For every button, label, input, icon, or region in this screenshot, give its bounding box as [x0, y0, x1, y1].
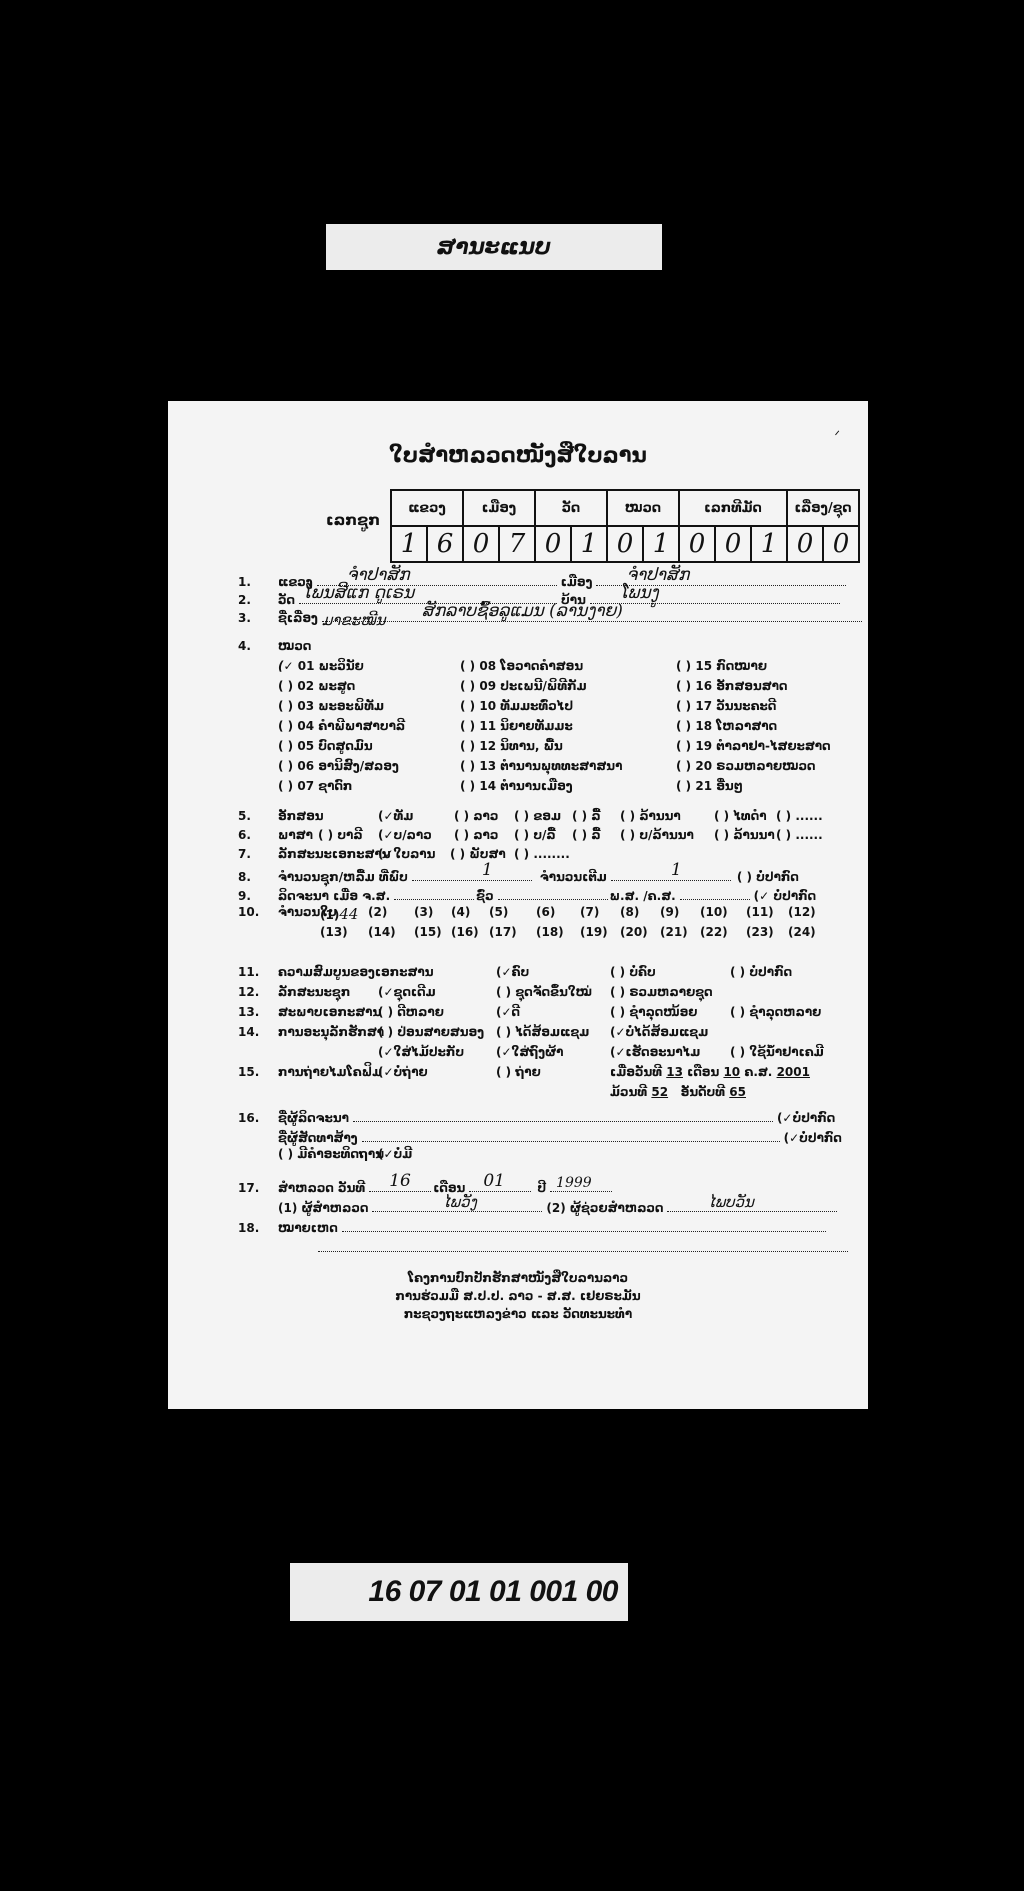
field-survey-date: 17. ສຳຫລວດ ວັນທີ 16 ເດືອນ 01 ປີ 1999: [238, 1177, 612, 1195]
field-completeness: 11.ຄວາມສົມບູນຂອງເອກະສານ: [238, 965, 433, 979]
category-02[interactable]: ( ) 02 ພະສູດ: [278, 679, 355, 693]
script-lue[interactable]: ( ) ລື້: [572, 809, 601, 823]
script-tham[interactable]: (✓ທັມ: [378, 809, 413, 823]
complete-unknown[interactable]: ( ) ບໍ່ປາກົດ: [730, 965, 792, 979]
category-19[interactable]: ( ) 19 ຕຳລາຢາ-ໄສຍະສາດ: [676, 739, 831, 753]
lang-pali-lanna[interactable]: ( ) ບ/ລ້ານນາ: [620, 828, 694, 842]
sponsor-not-shown[interactable]: (✓ບໍ່ປາກົດ: [784, 1131, 842, 1145]
field-composer: 16. ຊື່ຜູ້ລິດຈະນາ (✓ບໍ່ປາກົດ: [238, 1107, 835, 1125]
date-not-shown[interactable]: (✓ ບໍ່ປາກົດ: [754, 889, 816, 903]
doctype-other[interactable]: ( ) ........: [514, 847, 570, 861]
doctype-folded[interactable]: ( ) ພັບສາ: [450, 847, 506, 861]
script-khom[interactable]: ( ) ຂອມ: [514, 809, 561, 823]
field-condition: 13.ສະພາບເອກະສານ: [238, 1005, 381, 1019]
leaf-count-9[interactable]: (9): [660, 905, 679, 919]
category-03[interactable]: ( ) 03 ພະອະພິທັມ: [278, 699, 384, 713]
bundle-original[interactable]: (✓ຊຸດເດີມ: [378, 985, 436, 999]
leaf-count-18[interactable]: (18): [536, 925, 564, 939]
microfilm-no[interactable]: (✓ບໍ່ຖ່າຍ: [378, 1065, 428, 1079]
code-digit: 0: [823, 526, 859, 562]
has-prayer[interactable]: ( ) ມີຄຳອະທິດຖານ: [278, 1147, 384, 1161]
leaf-count-11[interactable]: (11): [746, 905, 774, 919]
leaf-count-23[interactable]: (23): [746, 925, 774, 939]
form-title: ໃບສຳຫລວດໜັງສືໃບລານ: [168, 443, 868, 467]
code-digit-row: 1 6 0 7 0 1 0 1 0 0 1 0 0: [391, 526, 859, 562]
bundle-combined[interactable]: ( ) ຣວມຫລາຍຊຸດ: [610, 985, 713, 999]
field-language: 6.ພາສາ: [238, 828, 313, 842]
code-header-category: ໝວດ: [607, 490, 679, 526]
leaf-count-3[interactable]: (3): [414, 905, 433, 919]
leaf-count-4[interactable]: (4): [451, 905, 470, 919]
code-digit: 1: [391, 526, 427, 562]
leaf-count-1[interactable]: (1)44: [320, 905, 358, 923]
category-01[interactable]: (✓ 01 ພະວິນັຍ: [278, 659, 364, 673]
leaf-count-6[interactable]: (6): [536, 905, 555, 919]
category-04[interactable]: ( ) 04 ຄຳພີພາສາບາລີ: [278, 719, 405, 733]
category-15[interactable]: ( ) 15 ກົດໝາຍ: [676, 659, 767, 673]
preserve-cloth-bag[interactable]: (✓ໃສ່ຖົງຜ້າ: [496, 1045, 563, 1059]
leaf-count-19[interactable]: (19): [580, 925, 608, 939]
preserve-repaired[interactable]: ( ) ໄດ້ສ້ອມແຊມ: [496, 1025, 589, 1039]
preserve-cleaned[interactable]: (✓ເຮັດອະນາໄມ: [610, 1045, 700, 1059]
title-value: ມາຂະໝີນ ສັກລາບຊົ້ອລູແມນ (ລານງາຍ): [322, 607, 862, 622]
code-header-province: ແຂວງ: [391, 490, 463, 526]
top-label-text: ສານະແນບ: [437, 235, 551, 260]
no-prayer[interactable]: (✓ບໍ່ມີ: [378, 1147, 412, 1161]
code-digit: 1: [643, 526, 679, 562]
preserve-not-repaired[interactable]: (✓ບໍ່ໄດ້ສ້ອມແຊມ: [610, 1025, 708, 1039]
preserve-wood-covers[interactable]: (✓ໃສ່ໄມ້ປະກັບ: [378, 1045, 464, 1059]
bottom-code-text: 16 07 01 01 001 00: [368, 1575, 618, 1609]
field-surveyors: (1) ຜູ້ສຳຫລວດ ໄພວັງ (2) ຜູ້ຊ່ວຍສຳຫລວດ ໄພ…: [238, 1197, 837, 1215]
condition-slightly-damaged[interactable]: ( ) ຊຳລຸດໜ້ອຍ: [610, 1005, 697, 1019]
field-script: 5.ອັກສອນ: [238, 809, 378, 823]
code-digit: 0: [535, 526, 571, 562]
field-category: 4. ໝວດ: [238, 639, 311, 653]
code-digit: 7: [499, 526, 535, 562]
leaf-count-13[interactable]: (13): [320, 925, 348, 939]
category-20[interactable]: ( ) 20 ຣວມຫລາຍໝວດ: [676, 759, 815, 773]
lang-lanna[interactable]: ( ) ລ້ານນາ: [714, 828, 775, 842]
category-12[interactable]: ( ) 12 ນິທານ, ພື້ນ: [460, 739, 563, 753]
category-07[interactable]: ( ) 07 ຊາດົກ: [278, 779, 352, 793]
added-count-value: 1: [611, 866, 731, 881]
script-lanna[interactable]: ( ) ລ້ານນາ: [620, 809, 681, 823]
script-thaidam[interactable]: ( ) ໄທດຳ: [714, 809, 767, 823]
bundle-new[interactable]: ( ) ຊຸດຈັດຂຶ້ນໃໝ່: [496, 985, 592, 999]
category-21[interactable]: ( ) 21 ອື່ນໆ: [676, 779, 743, 793]
leaf-count-5[interactable]: (5): [489, 905, 508, 919]
bottom-code-strip: 16 07 01 01 001 00: [290, 1563, 628, 1621]
lang-lue[interactable]: ( ) ລື້: [572, 828, 601, 842]
category-11[interactable]: ( ) 11 ນິຍາຍທັມມະ: [460, 719, 573, 733]
complete-yes[interactable]: (✓ຄົບ: [496, 965, 529, 979]
survey-form-page: ᐟ ໃບສຳຫລວດໜັງສືໃບລານ ເລກຊູກ ແຂວງ ເມືອງ ວ…: [168, 401, 868, 1409]
category-14[interactable]: ( ) 14 ຕຳນານເມືອງ: [460, 779, 573, 793]
preserve-cord[interactable]: ( ) ປ່ອນສາຍສນອງ: [378, 1025, 484, 1039]
field-bundle-count: 8. ຈຳນວນຊຸກ/ຫລື້ມ ທີ່ພົບ 1 ຈຳນວນເຕີມ 1 (…: [238, 866, 799, 884]
category-05[interactable]: ( ) 05 ບົດສູດມົນ: [278, 739, 373, 753]
bundle-count-value: 1: [412, 866, 532, 881]
leaf-count-20[interactable]: (20): [620, 925, 648, 939]
code-table: ແຂວງ ເມືອງ ວັດ ໝວດ ເລກທີມັດ ເລື່ອງ/ຊຸດ 1…: [390, 489, 860, 563]
microfilm-roll: ມ້ວນທີ 52 ອັນດັບທີ 65: [610, 1085, 746, 1099]
field-doc-type: 7.ລັກສະນະເອກະສານ: [238, 847, 391, 861]
lang-other[interactable]: ( ) ......: [776, 828, 823, 842]
remarks-line-2: [238, 1237, 848, 1252]
leaf-count-2[interactable]: (2): [368, 905, 387, 919]
bundle-not-shown[interactable]: ( ) ບໍ່ປາກົດ: [737, 870, 799, 884]
category-13[interactable]: ( ) 13 ຕຳນານພຸທທະສາສນາ: [460, 759, 622, 773]
field-microfilm: 15.ການຖ່າຍໄມໂຄຟິມ: [238, 1065, 382, 1079]
category-17[interactable]: ( ) 17 ວັນນະຄະດີ: [676, 699, 776, 713]
leaf-count-15[interactable]: (15): [414, 925, 442, 939]
lang-pali-lao[interactable]: (✓ບ/ລາວ: [378, 828, 432, 842]
doctype-palm-leaf[interactable]: (✓ໃບລານ: [378, 847, 435, 861]
leaf-count-14[interactable]: (14): [368, 925, 396, 939]
condition-good[interactable]: (✓ດີ: [496, 1005, 520, 1019]
code-label: ເລກຊູກ: [326, 511, 380, 529]
microfilm-yes[interactable]: ( ) ຖ່າຍ: [496, 1065, 541, 1079]
code-header-story: ເລື່ອງ/ຊຸດ: [787, 490, 859, 526]
lang-pali-lue[interactable]: ( ) ບ/ລື້: [514, 828, 556, 842]
code-header-district: ເມືອງ: [463, 490, 535, 526]
microfilm-date: ເມື່ອວັນທີ 13 ເດືອນ 10 ຄ.ສ. 2001: [610, 1065, 810, 1079]
condition-badly-damaged[interactable]: ( ) ຊຳລຸດຫລາຍ: [730, 1005, 821, 1019]
leaf-count-8[interactable]: (8): [620, 905, 639, 919]
leaf-count-22[interactable]: (22): [700, 925, 728, 939]
field-bundle-type: 12.ລັກສະນະຊຸກ: [238, 985, 350, 999]
category-16[interactable]: ( ) 16 ອັກສອນສາດ: [676, 679, 787, 693]
leaf-count-12[interactable]: (12): [788, 905, 816, 919]
village-value: ໂພນງູ: [590, 589, 840, 604]
category-10[interactable]: ( ) 10 ທັມມະທົ່ວໄປ: [460, 699, 573, 713]
category-18[interactable]: ( ) 18 ໂຫລາສາດ: [676, 719, 777, 733]
leaf-count-10[interactable]: (10): [700, 905, 728, 919]
field-title: 3. ຊື່ເລື່ອງ ມາຂະໝີນ ສັກລາບຊົ້ອລູແມນ (ລາ…: [238, 607, 862, 625]
code-digit: 0: [715, 526, 751, 562]
preserve-chemicals[interactable]: ( ) ໃຊ້ນ້ຳຢາເຄມີ: [730, 1045, 824, 1059]
form-footer: ໂຄງການປົກປັກຮັກສາໜັງສືໃບລານລາວ ການຮ່ວມມື…: [168, 1269, 868, 1323]
code-digit: 1: [751, 526, 787, 562]
top-label-strip: ສານະແນບ: [326, 224, 662, 270]
leaf-count-17[interactable]: (17): [489, 925, 517, 939]
category-08[interactable]: ( ) 08 ໂອວາດຄຳສອນ: [460, 659, 583, 673]
code-digit: 0: [787, 526, 823, 562]
condition-very-good[interactable]: ( ) ດີຫລາຍ: [378, 1005, 444, 1019]
lang-pali[interactable]: ( ) ບາລີ: [318, 828, 363, 842]
field-composed-date: 9. ລິດຈະນາ ເມື່ອ ຈ.ສ. ຊົ່ວ ພ.ສ. /ຄ.ສ. (✓…: [238, 885, 816, 903]
leaf-count-16[interactable]: (16): [451, 925, 479, 939]
field-remarks: 18. ໝາຍເຫດ: [238, 1217, 826, 1235]
script-other[interactable]: ( ) ......: [776, 809, 823, 823]
field-preservation: 14.ການອະນຸລັກຮັກສາ: [238, 1025, 384, 1039]
code-digit: 1: [571, 526, 607, 562]
leaf-count-24[interactable]: (24): [788, 925, 816, 939]
code-digit: 0: [607, 526, 643, 562]
composer-not-shown[interactable]: (✓ບໍ່ປາກົດ: [777, 1111, 835, 1125]
complete-no[interactable]: ( ) ບໍ່ຄົບ: [610, 965, 656, 979]
script-lao[interactable]: ( ) ລາວ: [454, 809, 498, 823]
category-09[interactable]: ( ) 09 ປະເພນີ/ພິທີກັມ: [460, 679, 587, 693]
code-digit: 0: [463, 526, 499, 562]
code-header-bundle: ເລກທີມັດ: [679, 490, 787, 526]
leaf-count-7[interactable]: (7): [580, 905, 599, 919]
leaf-count-21[interactable]: (21): [660, 925, 688, 939]
code-header-row: ແຂວງ ເມືອງ ວັດ ໝວດ ເລກທີມັດ ເລື່ອງ/ຊຸດ: [391, 490, 859, 526]
code-header-temple: ວັດ: [535, 490, 607, 526]
code-digit: 0: [679, 526, 715, 562]
code-digit: 6: [427, 526, 463, 562]
category-06[interactable]: ( ) 06 ອານິສົງ/ສລອງ: [278, 759, 399, 773]
field-sponsor: ຊື່ຜູ້ສັດທາສ້າງ (✓ບໍ່ປາກົດ: [238, 1127, 842, 1145]
lang-lao[interactable]: ( ) ລາວ: [454, 828, 498, 842]
corner-mark: ᐟ: [834, 429, 840, 444]
